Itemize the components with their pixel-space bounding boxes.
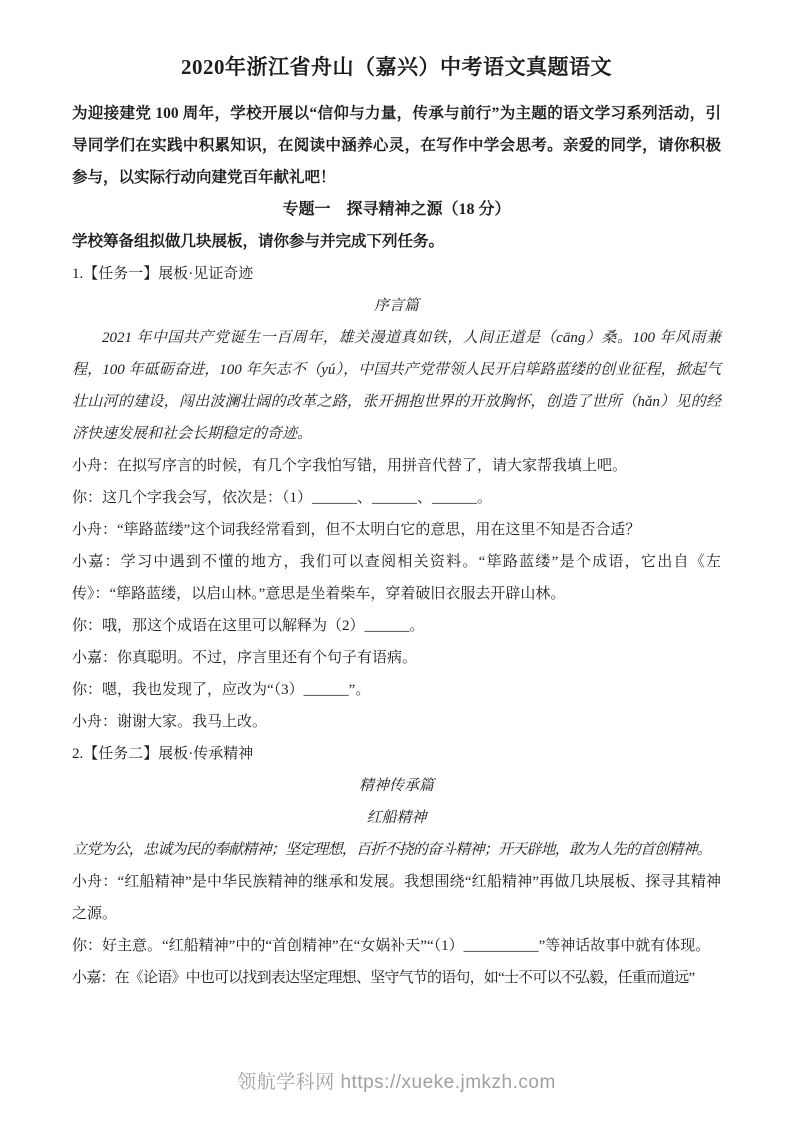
dialogue-line-xiaozhou-4: 小舟：“红船精神”是中华民族精神的继承和发展。我想围绕“红船精神”再做几块展板、…	[72, 866, 721, 930]
task1-label: 1.【任务一】展板·见证奇迹	[72, 258, 721, 290]
intro-paragraph: 为迎接建党 100 周年，学校开展以“信仰与力量，传承与前行”为主题的语文学习系…	[72, 98, 721, 194]
task2-board-title: 精神传承篇	[72, 770, 721, 802]
exam-document-page: 2020年浙江省舟山（嘉兴）中考语文真题语文 为迎接建党 100 周年，学校开展…	[0, 0, 793, 1122]
dialogue-line-xiaojia-2: 小嘉：你真聪明。不过，序言里还有个句子有语病。	[72, 642, 721, 674]
dialogue-line-xiaozhou-1: 小舟：在拟写序言的时候，有几个字我怕写错，用拼音代替了，请大家帮我填上吧。	[72, 450, 721, 482]
dialogue-line-xiaojia-3: 小嘉：在《论语》中也可以找到表达坚定理想、坚守气节的语句，如“士不可以不弘毅，任…	[72, 962, 721, 994]
document-title: 2020年浙江省舟山（嘉兴）中考语文真题语文	[72, 48, 721, 86]
dialogue-line-you-1-blanks: 你：这几个字我会写，依次是：（1）______、______、______。	[72, 482, 721, 514]
dialogue-line-you-3-blank: 你：嗯，我也发现了，应改为“（3）______”。	[72, 674, 721, 706]
dialogue-line-you-4-blank: 你：好主意。“红船精神”中的“首创精神”在“女娲补天”“（1）_________…	[72, 930, 721, 962]
task2-label: 2.【任务二】展板·传承精神	[72, 738, 721, 770]
dialogue-line-you-2-blank: 你：哦，那这个成语在这里可以解释为（2）______。	[72, 610, 721, 642]
section-heading: 专题一 探寻精神之源（18 分）	[72, 194, 721, 226]
task2-board-text: 立党为公，忠诚为民的奉献精神；坚定理想，百折不挠的奋斗精神；开天辟地，敢为人先的…	[72, 834, 721, 866]
dialogue-line-xiaojia-1: 小嘉：学习中遇到不懂的地方，我们可以查阅相关资料。“筚路蓝缕”是个成语，它出自《…	[72, 546, 721, 610]
dialogue-line-xiaozhou-3: 小舟：谢谢大家。我马上改。	[72, 706, 721, 738]
task2-board-subtitle: 红船精神	[72, 802, 721, 834]
watermark-footer: 领航学科网 https://xueke.jmkzh.com	[0, 1067, 793, 1094]
section-lead: 学校筹备组拟做几块展板，请你参与并完成下列任务。	[72, 226, 721, 258]
task1-board-title: 序言篇	[72, 290, 721, 322]
task1-board-text: 2021 年中国共产党诞生一百周年，雄关漫道真如铁，人间正道是（cāng）桑。1…	[72, 322, 721, 450]
dialogue-line-xiaozhou-2: 小舟：“筚路蓝缕”这个词我经常看到，但不太明白它的意思，用在这里不知是否合适？	[72, 514, 721, 546]
